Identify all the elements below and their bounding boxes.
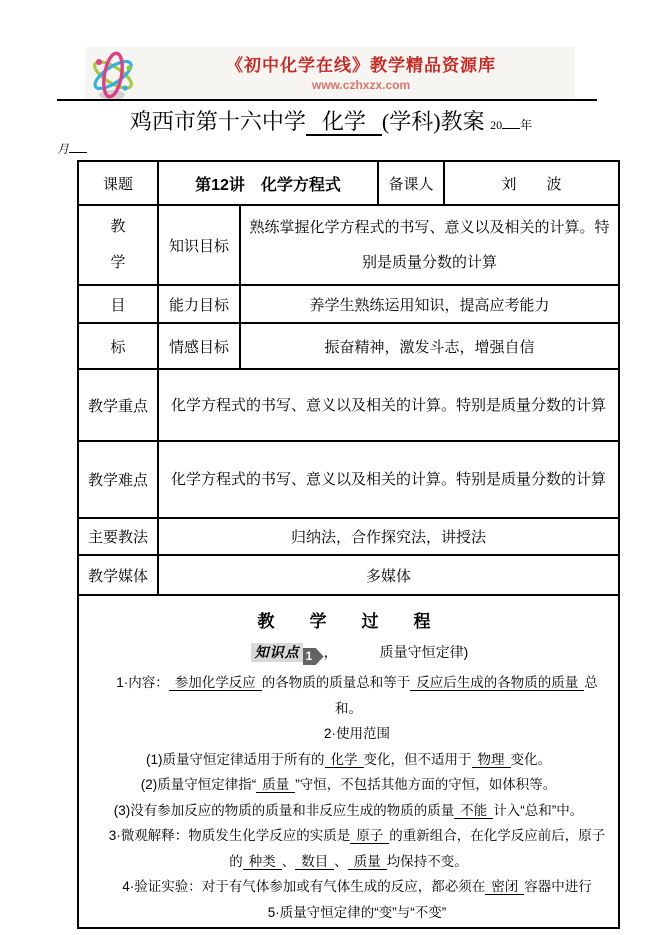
kp-line: 3·微观解释：物质发生化学反应的实质是原子的重新组合，在化学反应前后，原子的种类… — [83, 823, 614, 874]
table-row: 标 情感目标 振奋精神，激发斗志，增强自信 — [78, 323, 619, 369]
focus-text-cell: 化学方程式的书写、意义以及相关的计算。特别是质量分数的计算 — [158, 369, 619, 441]
knowledge-goal-text-cell: 熟练掌握化学方程式的书写、意义以及相关的计算。特别是质量分数的计算 — [240, 205, 619, 285]
month-label: 月 — [57, 142, 69, 156]
atom-logo-icon — [89, 48, 139, 104]
fill-in-blank-answer: 质量 — [256, 777, 295, 793]
teaching-process-heading: 教 学 过 程 — [83, 607, 614, 632]
fill-in-blank-answer: 不能 — [454, 803, 493, 819]
fill-in-blank-answer: 密闭 — [485, 879, 524, 895]
fill-in-blank-answer: 种类 — [243, 854, 282, 870]
kp-line: (1)质量守恒定律适用于所有的化学变化，但不适用于物理变化。 — [83, 747, 614, 773]
fill-in-blank-answer: 反应后生成的各物质的质量 — [410, 675, 584, 691]
fill-in-blank-answer: 原子 — [350, 828, 389, 844]
table-row: 教学重点 化学方程式的书写、意义以及相关的计算。特别是质量分数的计算 — [78, 369, 619, 441]
emotion-goal-text-cell: 振奋精神，激发斗志，增强自信 — [240, 323, 619, 369]
header-divider-rule — [57, 99, 597, 101]
difficulty-text-cell: 化学方程式的书写、意义以及相关的计算。特别是质量分数的计算 — [158, 441, 619, 518]
brand-text-block: 《初中化学在线》教学精品资源库 www.czhxzx.com — [85, 54, 575, 93]
difficulty-label-cell: 教学难点 — [78, 441, 158, 518]
kp-line: 4·验证实验：对于有气体参加或有气体生成的反应，都必须在密闭容器中进行 — [83, 874, 614, 900]
topic-label-cell: 课题 — [78, 161, 158, 205]
brand-url-link[interactable]: www.czhxzx.com — [147, 78, 575, 93]
topic-value-cell: 第12讲 化学方程式 — [158, 161, 378, 205]
knowledge-goal-label-cell: 知识目标 — [158, 205, 240, 285]
methods-label-cell: 主要教法 — [78, 518, 158, 555]
badge-comma: ， — [324, 644, 338, 660]
table-row: 课题 第12讲 化学方程式 备课人 刘 波 — [78, 161, 619, 205]
fill-in-blank-answer: 物理 — [472, 752, 511, 768]
knowledge-point-content: 1·内容：参加化学反应的各物质的质量总和等于反应后生成的各物质的质量总和。2·使… — [83, 670, 614, 925]
focus-label-cell: 教学重点 — [78, 369, 158, 441]
title-suffix: (学科)教案 — [382, 109, 485, 134]
brand-header: 《初中化学在线》教学精品资源库 www.czhxzx.com — [85, 47, 575, 100]
objectives-head-cell: 教 学 — [78, 205, 158, 285]
kp-line: (2)质量守恒定律指“质量”守恒，不包括其他方面的守恒，如体积等。 — [83, 772, 614, 798]
kp-line: 1·内容：参加化学反应的各物质的质量总和等于反应后生成的各物质的质量总和。 — [83, 670, 614, 721]
document-title: 鸡西市第十六中学化学(学科)教案 20年 — [57, 105, 605, 136]
kp-line: (3)没有参加反应的物质的质量和非反应生成的物质的质量不能计入“总和”中。 — [83, 798, 614, 824]
knowledge-point-label: 知识点 — [251, 643, 303, 662]
kp-line: 2·使用范围 — [83, 721, 614, 747]
table-row: 教学媒体 多媒体 — [78, 555, 619, 595]
teaching-process-cell: 教 学 过 程 知识点1，质量守恒定律) 1·内容：参加化学反应的各物质的质量总… — [78, 595, 619, 928]
knowledge-point-number-badge-icon: 1 — [303, 648, 324, 665]
preparer-label-cell: 备课人 — [378, 161, 444, 205]
year-prefix: 20 — [490, 118, 502, 132]
table-row: 教学难点 化学方程式的书写、意义以及相关的计算。特别是质量分数的计算 — [78, 441, 619, 518]
table-row: 教 学 过 程 知识点1，质量守恒定律) 1·内容：参加化学反应的各物质的质量总… — [78, 595, 619, 928]
methods-text-cell: 归纳法，合作探究法，讲授法 — [158, 518, 619, 555]
ability-goal-label-cell: 能力目标 — [158, 285, 240, 323]
school-name: 鸡西市第十六中学 — [130, 109, 306, 134]
fill-in-blank-answer: 质量 — [348, 854, 387, 870]
month-line: 月 — [57, 140, 87, 157]
knowledge-point-title: 质量守恒定律) — [380, 644, 469, 660]
preparer-value-cell: 刘 波 — [444, 161, 619, 205]
table-row: 目 能力目标 养学生熟练运用知识，提高应考能力 — [78, 285, 619, 323]
subject-fill-in: 化学 — [306, 109, 382, 136]
objectives-head-cell: 目 — [78, 285, 158, 323]
year-blank-line — [502, 116, 520, 129]
year-suffix: 年 — [520, 118, 532, 132]
emotion-goal-label-cell: 情感目标 — [158, 323, 240, 369]
objectives-head-cell: 标 — [78, 323, 158, 369]
knowledge-point-badge-line: 知识点1，质量守恒定律) — [105, 642, 614, 664]
table-row: 主要教法 归纳法，合作探究法，讲授法 — [78, 518, 619, 555]
fill-in-blank-answer: 数目 — [295, 854, 334, 870]
lesson-plan-page: { "header": { "brand_title": "《初中化学在线》教学… — [0, 0, 661, 935]
ability-goal-text-cell: 养学生熟练运用知识，提高应考能力 — [240, 285, 619, 323]
brand-title: 《初中化学在线》教学精品资源库 — [147, 56, 575, 76]
kp-line: 5·质量守恒定律的“变”与“不变” — [83, 900, 614, 926]
media-text-cell: 多媒体 — [158, 555, 619, 595]
table-row: 教 学 知识目标 熟练掌握化学方程式的书写、意义以及相关的计算。特别是质量分数的… — [78, 205, 619, 285]
fill-in-blank-answer: 化学 — [325, 752, 364, 768]
month-blank-line — [69, 140, 87, 153]
fill-in-blank-answer: 参加化学反应 — [169, 675, 262, 691]
media-label-cell: 教学媒体 — [78, 555, 158, 595]
lesson-plan-table: 课题 第12讲 化学方程式 备课人 刘 波 教 学 知识目标 熟练掌握化学方程式… — [77, 160, 620, 929]
